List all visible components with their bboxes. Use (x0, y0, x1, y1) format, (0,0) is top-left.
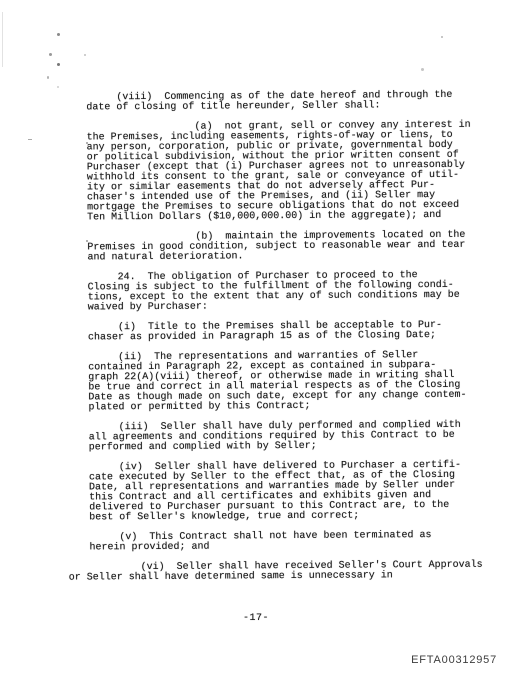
scan-speck (49, 53, 52, 56)
scan-speck (57, 33, 60, 36)
paragraph-ii: (ii) The representations and warranties … (88, 351, 498, 414)
paragraph-a: (a) not grant, sell or convey any intere… (87, 121, 498, 224)
page-number: -17- (0, 613, 512, 624)
scan-speck (57, 86, 59, 88)
paragraph-iv: (iv) Seller shall have delivered to Purc… (89, 461, 499, 524)
document-page: (viii) Commencing as of the date hereof … (0, 0, 512, 678)
paragraph-24: 24. The obligation of Purchaser to proce… (88, 271, 498, 314)
bates-stamp: EFTA00312957 (411, 654, 497, 666)
scan-speck (28, 139, 32, 140)
scan-speck (57, 63, 60, 66)
paragraph-viii: (viii) Commencing as of the date hereof … (86, 91, 496, 114)
document-body: (viii) Commencing as of the date hereof … (86, 91, 499, 584)
paragraph-i: (i) Title to the Premises shall be accep… (88, 321, 498, 344)
paragraph-v: (v) This Contract shall not have been te… (89, 531, 499, 554)
paragraph-vi: (vi) Seller shall have received Seller's… (69, 561, 500, 584)
scan-speck (47, 76, 49, 79)
paragraph-iii: (iii) Seller shall have duly performed a… (89, 421, 499, 454)
scan-speck (441, 36, 443, 38)
scan-edge-artifact (2, 12, 3, 67)
paragraph-b: (b) maintain the improvements located on… (87, 231, 497, 264)
scan-speck (84, 54, 86, 56)
scan-speck (421, 68, 424, 71)
